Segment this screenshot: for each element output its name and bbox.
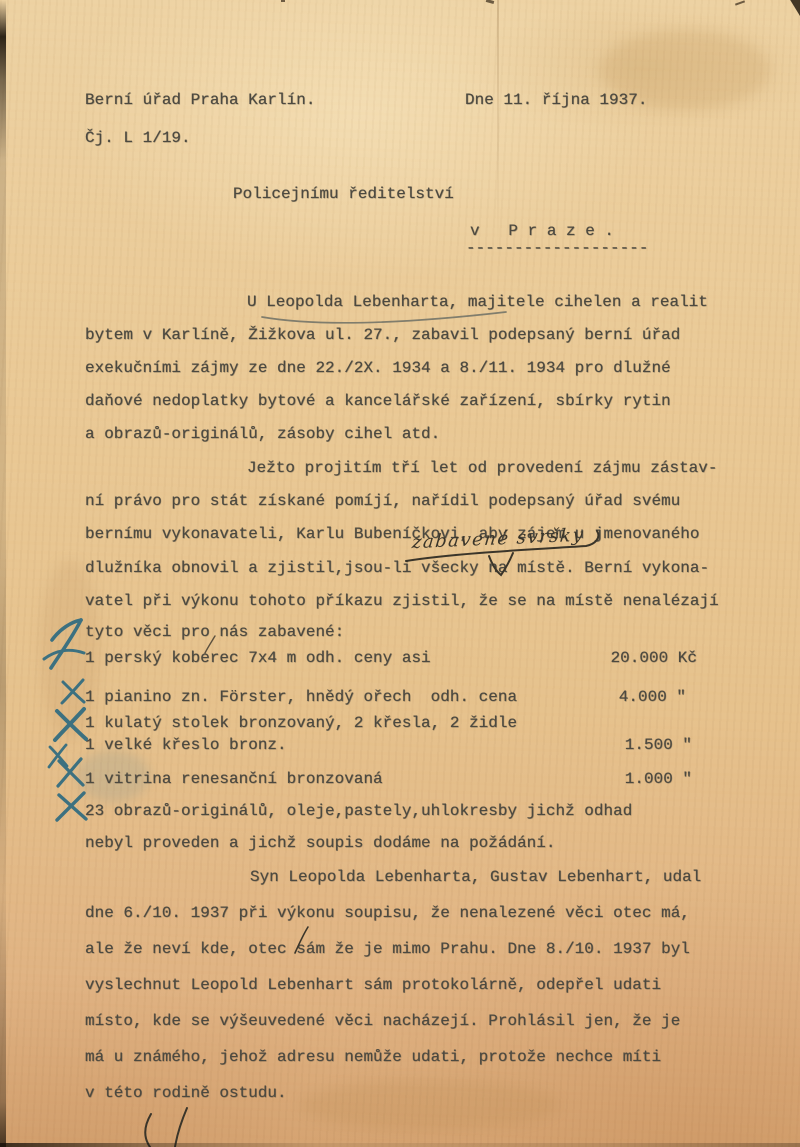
item-price: 4.000 ": [619, 687, 686, 707]
body-text-line: ale že neví kde, otec sám že je mimo Pra…: [85, 939, 690, 959]
office-name: Berní úřad Praha Karlín.: [85, 90, 315, 110]
seized-item-line: nebyl proveden a jichž soupis dodáme na …: [85, 833, 555, 853]
city-underline: -------------------: [466, 238, 648, 258]
body-text-line: dlužníka obnovil a zjistil,jsou-li všeck…: [85, 558, 709, 578]
seized-item-line: 1 vitrina renesanční bronzovaná: [85, 769, 383, 789]
document-page: Berní úřad Praha Karlín.Dne 11. října 19…: [0, 0, 800, 1147]
document-date: Dne 11. října 1937.: [465, 90, 647, 110]
body-text-line: bytem v Karlíně, Žižkova ul. 27., zabavi…: [85, 325, 680, 345]
body-text-line: dne 6./10. 1937 při výkonu soupisu, že n…: [85, 903, 690, 923]
item-price: 1.000 ": [625, 769, 692, 789]
typed-text-layer: Berní úřad Praha Karlín.Dne 11. října 19…: [0, 0, 800, 1147]
body-text-line: má u známého, jehož adresu nemůže udati,…: [85, 1047, 661, 1067]
seized-item-line: 1 velké křeslo bronz.: [85, 735, 287, 755]
seized-item-line: 1 perský koberec 7x4 m odh. ceny asi: [85, 648, 431, 668]
body-text-line: Syn Leopolda Lebenharta, Gustav Lebenhar…: [250, 867, 701, 887]
body-text-line: vatel při výkonu tohoto příkazu zjistil,…: [85, 591, 719, 611]
body-text-line: vyslechnut Leopold Lebenhart sám protoko…: [85, 975, 661, 995]
body-text-line: v této rodině ostudu.: [85, 1083, 287, 1103]
item-price: 20.000 Kč: [611, 648, 697, 668]
recipient-line: Policejnímu ředitelství: [233, 184, 454, 204]
body-text-line: a obrazů-originálů, zásoby cihel atd.: [85, 424, 440, 444]
body-text-line: místo, kde se výšeuvedené věci nacházejí…: [85, 1011, 680, 1031]
body-text-line: tyto věci pro nás zabavené:: [85, 622, 344, 642]
body-text-line: U Leopolda Lebenharta, majitele cihelen …: [247, 292, 708, 312]
seized-item-line: 1 pianino zn. Förster, hnědý ořech odh. …: [85, 687, 517, 707]
reference-number: Čj. L 1/19.: [85, 128, 191, 148]
seized-item-line: 23 obrazů-originálů, oleje,pastely,uhlok…: [85, 801, 632, 821]
seized-item-line: 1 kulatý stolek bronzovaný, 2 křesla, 2 …: [85, 713, 517, 733]
body-text-line: exekučními zájmy ze dne 22./2X. 1934 a 8…: [85, 358, 671, 378]
body-text-line: daňové nedoplatky bytové a kancelářské z…: [85, 391, 671, 411]
body-text-line: Ježto projitím tří let od provedení zájm…: [247, 458, 717, 478]
body-text-line: bernímu vykonavateli, Karlu Bubeníčkovi,…: [85, 524, 700, 544]
body-text-line: ní právo pro stát získané pomíjí, nařídi…: [85, 491, 680, 511]
item-price: 1.500 ": [625, 735, 692, 755]
